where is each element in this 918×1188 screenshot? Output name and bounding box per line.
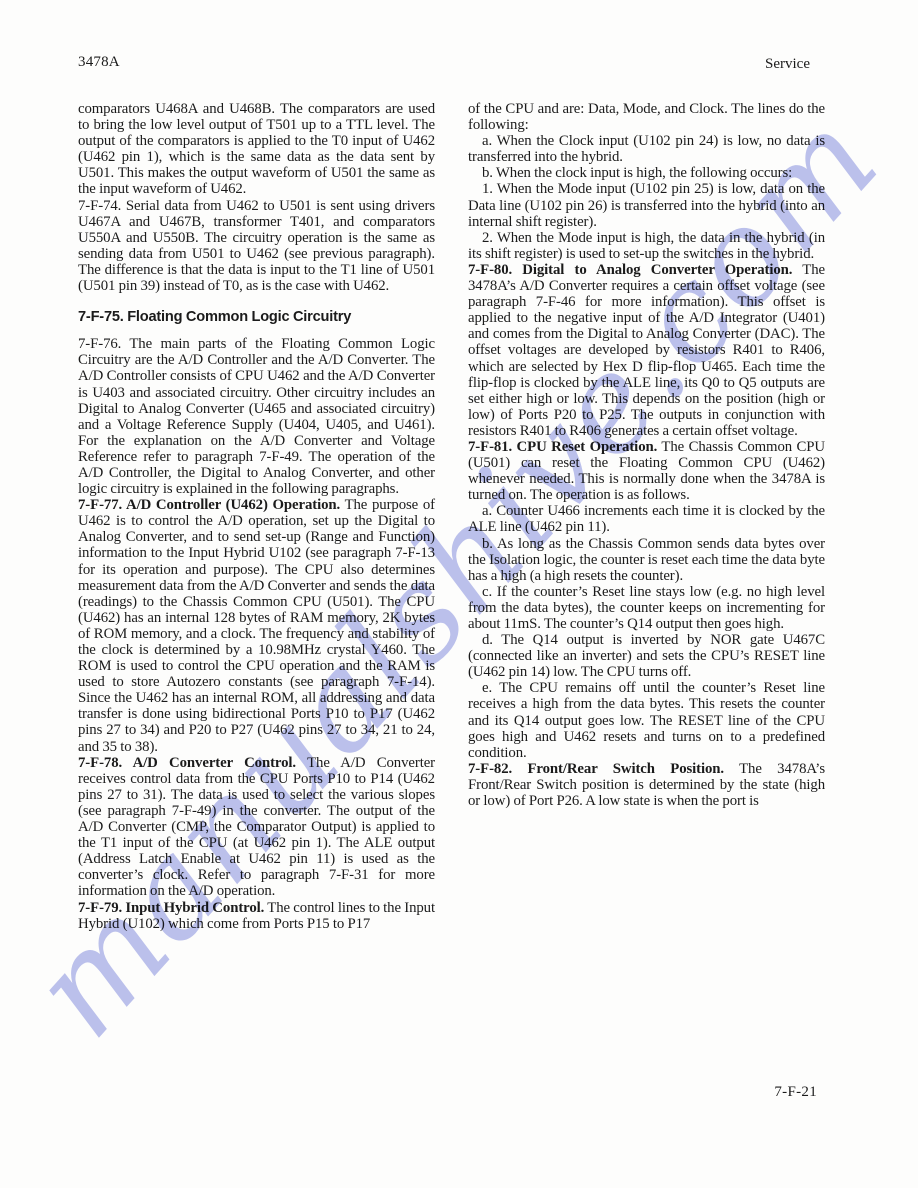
paragraph-7-f-78: 7-F-78. A/D Converter Control. The A/D C… xyxy=(78,755,435,900)
paragraph-7-f-82: 7-F-82. Front/Rear Switch Position. The … xyxy=(468,761,825,809)
paragraph-continuation: comparators U468A and U468B. The compara… xyxy=(78,101,435,198)
section-heading-7-f-75: 7-F-75. Floating Common Logic Circuitry xyxy=(78,309,435,325)
list-item-a-counter: a. Counter U466 increments each time it … xyxy=(468,503,825,535)
header-section-label: Service xyxy=(765,56,810,73)
list-item-b-clock-high: b. When the clock input is high, the fol… xyxy=(468,165,825,181)
paragraph-7-f-76: 7-F-76. The main parts of the Floating C… xyxy=(78,336,435,497)
sub-item-1-mode-low: 1. When the Mode input (U102 pin 25) is … xyxy=(468,181,825,229)
paragraph-7-f-80-body: The 3478A’s A/D Converter requires a cer… xyxy=(468,262,825,439)
list-item-e-cpu-off: e. The CPU remains off until the counter… xyxy=(468,680,825,760)
paragraph-7-f-82-heading: 7-F-82. Front/Rear Switch Position. xyxy=(468,761,724,777)
paragraph-7-f-77-body: The purpose of U462 is to control the A/… xyxy=(78,497,435,754)
list-item-a-clock-low: a. When the Clock input (U102 pin 24) is… xyxy=(468,133,825,165)
left-column: comparators U468A and U468B. The compara… xyxy=(78,101,435,932)
paragraph-7-f-79: 7-F-79. Input Hybrid Control. The contro… xyxy=(78,900,435,932)
sub-item-2-mode-high: 2. When the Mode input is high, the data… xyxy=(468,230,825,262)
paragraph-7-f-78-heading: 7-F-78. A/D Converter Control. xyxy=(78,755,296,771)
paragraph-7-f-74: 7-F-74. Serial data from U462 to U501 is… xyxy=(78,198,435,295)
paragraph-7-f-81-heading: 7-F-81. CPU Reset Operation. xyxy=(468,439,657,455)
paragraph-7-f-80: 7-F-80. Digital to Analog Converter Oper… xyxy=(468,262,825,439)
page-number: 7-F-21 xyxy=(774,1084,817,1101)
header-product-label: 3478A xyxy=(78,54,120,71)
paragraph-intro-continuation: of the CPU and are: Data, Mode, and Cloc… xyxy=(468,101,825,133)
paragraph-7-f-80-heading: 7-F-80. Digital to Analog Converter Oper… xyxy=(468,262,792,278)
list-item-c-reset-low: c. If the counter’s Reset line stays low… xyxy=(468,584,825,632)
paragraph-7-f-78-body: The A/D Converter receives control data … xyxy=(78,755,435,900)
paragraph-7-f-79-heading: 7-F-79. Input Hybrid Control. xyxy=(78,900,264,916)
paragraph-7-f-81: 7-F-81. CPU Reset Operation. The Chassis… xyxy=(468,439,825,503)
scanned-manual-page: 3478A Service comparators U468A and U468… xyxy=(0,0,918,1188)
list-item-b-isolation: b. As long as the Chassis Common sends d… xyxy=(468,536,825,584)
right-column: of the CPU and are: Data, Mode, and Cloc… xyxy=(468,101,825,809)
list-item-d-q14-inverted: d. The Q14 output is inverted by NOR gat… xyxy=(468,632,825,680)
paragraph-7-f-77-heading: 7-F-77. A/D Controller (U462) Operation. xyxy=(78,497,340,513)
paragraph-7-f-77: 7-F-77. A/D Controller (U462) Operation.… xyxy=(78,497,435,755)
